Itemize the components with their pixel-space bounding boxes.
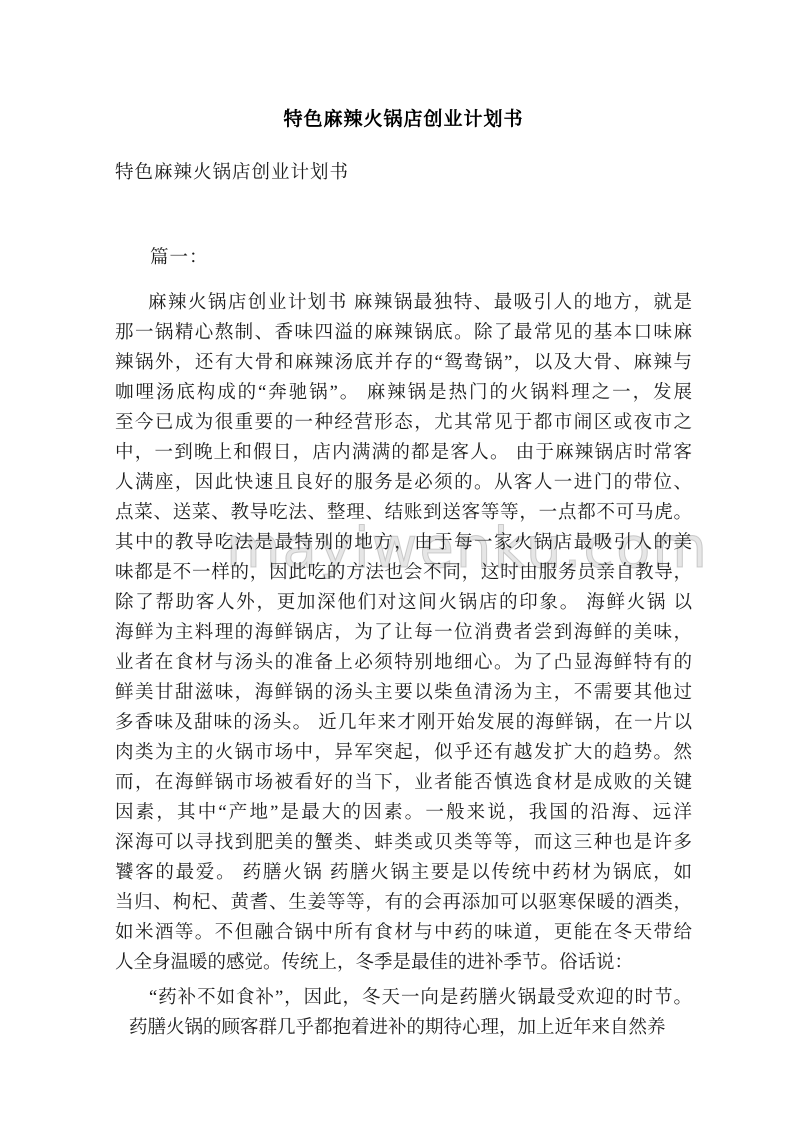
doc-title: 特色麻辣火锅店创业计划书 — [115, 106, 692, 134]
body-text-line: 除了帮助客人外，更加深他们对这间火锅店的印象。 海鲜火锅 以 — [115, 588, 692, 618]
body-text-line: 中，一到晚上和假日，店内满满的都是客人。 由于麻辣锅店时常客 — [115, 438, 692, 468]
body-text-line: 麻辣火锅店创业计划书 麻辣锅最独特、最吸引人的地方，就是 — [115, 288, 692, 318]
document-content: 特色麻辣火锅店创业计划书 特色麻辣火锅店创业计划书 篇一： 麻辣火锅店创业计划书… — [115, 0, 692, 1043]
body-text-line: 而，在海鲜锅市场被看好的当下，业者能否慎选食材是成败的关键 — [115, 768, 692, 798]
body-text-line: 肉类为主的火锅市场中，异军突起，似乎还有越发扩大的趋势。然 — [115, 738, 692, 768]
document-page: mayiwenku.com 特色麻辣火锅店创业计划书 特色麻辣火锅店创业计划书 … — [0, 0, 800, 1132]
body-text-line: 咖哩汤底构成的“奔驰锅”。 麻辣锅是热门的火锅料理之一，发展 — [115, 378, 692, 408]
body-text-line: 其中的教导吃法是最特别的地方，由于每一家火锅店最吸引人的美 — [115, 528, 692, 558]
body-text-line: 药膳火锅的顾客群几乎都抱着进补的期待心理，加上近年来自然养 — [129, 1013, 692, 1043]
body-text-line: 因素，其中“产地”是最大的因素。一般来说，我国的沿海、远洋 — [115, 798, 692, 828]
paragraph-2: “药补不如食补”，因此，冬天一向是药膳火锅最受欢迎的时节。 药膳火锅的顾客群几乎… — [115, 983, 692, 1043]
body-text-line: 辣锅外，还有大骨和麻辣汤底并存的“鸳鸯锅”，以及大骨、麻辣与 — [115, 348, 692, 378]
body-text-line: 那一锅精心熬制、香味四溢的麻辣锅底。除了最常见的基本口味麻 — [115, 318, 692, 348]
body-text-line: 味都是不一样的，因此吃的方法也会不同，这时由服务员亲自教导， — [115, 558, 692, 588]
body-text-line: 如米酒等。不但融合锅中所有食材与中药的味道，更能在冬天带给 — [115, 918, 692, 948]
paragraph-1: 麻辣火锅店创业计划书 麻辣锅最独特、最吸引人的地方，就是 那一锅精心熬制、香味四… — [115, 288, 692, 978]
body-text-line: 饕客的最爱。 药膳火锅 药膳火锅主要是以传统中药材为锅底，如 — [115, 858, 692, 888]
doc-subtitle: 特色麻辣火锅店创业计划书 — [115, 160, 692, 186]
body-text-line: 人全身温暖的感觉。传统上，冬季是最佳的进补季节。俗话说： — [115, 948, 692, 978]
body-text-line: 海鲜为主料理的海鲜锅店，为了让每一位消费者尝到海鲜的美味， — [115, 618, 692, 648]
body-text-line: 点菜、送菜、教导吃法、整理、结账到送客等等，一点都不可马虎。 — [115, 498, 692, 528]
section-label: 篇一： — [150, 243, 692, 273]
body-text-line: 当归、枸杞、黄耆、生姜等等，有的会再添加可以驱寒保暖的酒类， — [115, 888, 692, 918]
body-text-line: 多香味及甜味的汤头。 近几年来才刚开始发展的海鲜锅，在一片以 — [115, 708, 692, 738]
body-text-line: 业者在食材与汤头的准备上必须特别地细心。为了凸显海鲜特有的 — [115, 648, 692, 678]
body-text-line: “药补不如食补”，因此，冬天一向是药膳火锅最受欢迎的时节。 — [129, 983, 692, 1013]
body-text-line: 人满座，因此快速且良好的服务是必须的。从客人一进门的带位、 — [115, 468, 692, 498]
body-text-line: 鲜美甘甜滋味，海鲜锅的汤头主要以柴鱼清汤为主，不需要其他过 — [115, 678, 692, 708]
body-text-line: 深海可以寻找到肥美的蟹类、蚌类或贝类等等，而这三种也是许多 — [115, 828, 692, 858]
body-text-line: 至今已成为很重要的一种经营形态，尤其常见于都市闹区或夜市之 — [115, 408, 692, 438]
